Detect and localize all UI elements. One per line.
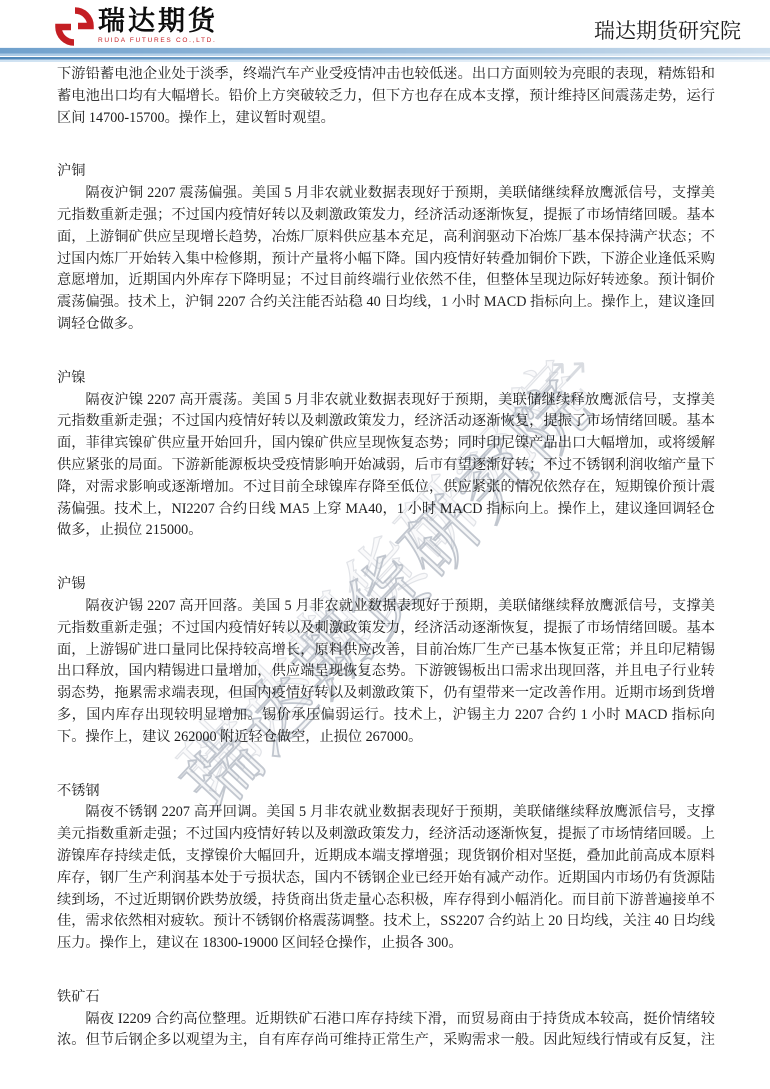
section-paragraph: 隔夜不锈钢 2207 高开回调。美国 5 月非农就业数据表现好于预期，美联储继续…: [57, 802, 715, 955]
header-divider: [0, 47, 770, 62]
section-paragraph: 下游铅蓄电池企业处于淡季，终端汽车产业受疫情冲击也较低迷。出口方面则较为亮眼的表…: [57, 64, 715, 129]
report-section: 铁矿石 隔夜 I2209 合约高位整理。近期铁矿石港口库存持续下滑，而贸易商由于…: [57, 987, 715, 1054]
section-heading: 沪铜: [57, 161, 715, 183]
ruida-logo-icon: [54, 6, 95, 47]
section-paragraph: 隔夜沪镍 2207 高开震荡。美国 5 月非农就业数据表现好于预期，美联储继续释…: [57, 390, 715, 543]
report-body: 下游铅蓄电池企业处于淡季，终端汽车产业受疫情冲击也较低迷。出口方面则较为亮眼的表…: [57, 64, 715, 1054]
header-institute-title: 瑞达期货研究院: [594, 15, 741, 45]
logo-text-block: 瑞达期货 RUIDA FUTURES CO.,LTD.: [98, 6, 218, 44]
section-heading: 不锈钢: [57, 781, 715, 803]
section-heading: 沪镍: [57, 368, 715, 390]
company-logo: 瑞达期货 RUIDA FUTURES CO.,LTD.: [54, 6, 218, 47]
report-section: 沪锡 隔夜沪锡 2207 高开回落。美国 5 月非农就业数据表现好于预期，美联储…: [57, 574, 715, 748]
brand-name: 瑞达期货: [98, 6, 218, 36]
section-heading: 沪锡: [57, 574, 715, 596]
report-section: 沪镍 隔夜沪镍 2207 高开震荡。美国 5 月非农就业数据表现好于预期，美联储…: [57, 368, 715, 542]
report-section: 下游铅蓄电池企业处于淡季，终端汽车产业受疫情冲击也较低迷。出口方面则较为亮眼的表…: [57, 64, 715, 129]
report-section: 沪铜 隔夜沪铜 2207 震荡偏强。美国 5 月非农就业数据表现好于预期，美联储…: [57, 161, 715, 335]
section-paragraph: 隔夜沪锡 2207 高开回落。美国 5 月非农就业数据表现好于预期，美联储继续释…: [57, 596, 715, 749]
brand-subtitle: RUIDA FUTURES CO.,LTD.: [98, 37, 218, 44]
section-heading: 铁矿石: [57, 987, 715, 1009]
section-paragraph: 隔夜 I2209 合约高位整理。近期铁矿石港口库存持续下滑，而贸易商由于持货成本…: [57, 1009, 715, 1054]
section-paragraph: 隔夜沪铜 2207 震荡偏强。美国 5 月非农就业数据表现好于预期，美联储继续释…: [57, 183, 715, 336]
report-header: 瑞达期货 RUIDA FUTURES CO.,LTD. 瑞达期货研究院: [0, 0, 770, 47]
footer-background: [0, 1052, 770, 1089]
report-page: 瑞达期货 RUIDA FUTURES CO.,LTD. 瑞达期货研究院 瑞达期货…: [0, 0, 770, 1089]
report-section: 不锈钢 隔夜不锈钢 2207 高开回调。美国 5 月非农就业数据表现好于预期，美…: [57, 781, 715, 955]
